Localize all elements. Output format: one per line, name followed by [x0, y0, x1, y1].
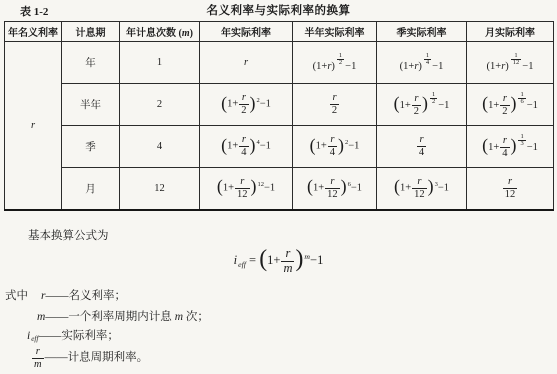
- cell-times: 12: [120, 168, 200, 210]
- cell-period: 月: [62, 168, 120, 210]
- table-row-year: r 年 1 r (1+r)12−1 (1+r)14−1 (1+r)112−1: [5, 42, 554, 84]
- col-header-semiannual-effective: 半年实际利率: [293, 22, 377, 42]
- cell-annual-formula: (1+r2)2−1: [200, 84, 293, 126]
- cell-quarterly-formula: r4: [377, 126, 467, 168]
- cell-monthly-formula: (1+r)112−1: [467, 42, 554, 84]
- cell-nominal-rate: r: [5, 42, 62, 210]
- cell-semiannual-formula: (1+r4)2−1: [293, 126, 377, 168]
- cell-annual-formula: (1+r12)12−1: [200, 168, 293, 210]
- table-row-halfyear: 半年 2 (1+r2)2−1 r2 (1+r2)12−1 (1+r2)16−1: [5, 84, 554, 126]
- cell-times: 4: [120, 126, 200, 168]
- cell-period: 季: [62, 126, 120, 168]
- cell-quarterly-formula: (1+r12)3−1: [377, 168, 467, 210]
- col-header-period: 计息期: [62, 22, 120, 42]
- table-row-month: 月 12 (1+r12)12−1 (1+r12)6−1 (1+r12)3−1 r…: [5, 168, 554, 210]
- cell-monthly-formula: (1+r2)16−1: [467, 84, 554, 126]
- col-header-monthly-effective: 月实际利率: [467, 22, 554, 42]
- cell-semiannual-formula: (1+r12)6−1: [293, 168, 377, 210]
- legend-line-compounding-times: m——一个利率周期内计息 m 次；: [37, 308, 209, 324]
- legend-line-nominal-rate: 式中r——名义利率；: [5, 287, 126, 303]
- cell-semiannual-formula: (1+r)12−1: [293, 42, 377, 84]
- legend-prefix: 式中: [5, 290, 28, 302]
- col-header-quarterly-effective: 季实际利率: [377, 22, 467, 42]
- cell-monthly-formula: (1+r4)13−1: [467, 126, 554, 168]
- cell-monthly-formula: r12: [467, 168, 554, 210]
- main-formula: ieff = (1+rm)m−1: [0, 247, 557, 276]
- col-header-times-per-year: 年计息次数 (m): [120, 22, 200, 42]
- formula-intro: 基本换算公式为: [28, 227, 109, 243]
- cell-annual-formula: r: [200, 42, 293, 84]
- table-header-row: 年名义利率 计息期 年计息次数 (m) 年实际利率 半年实际利率 季实际利率 月…: [5, 22, 554, 42]
- legend-text: r——名义利率；: [41, 290, 126, 302]
- legend-line-period-rate: rm——计息周期利率。: [31, 346, 148, 370]
- col-header-annual-effective: 年实际利率: [200, 22, 293, 42]
- cell-period: 半年: [62, 84, 120, 126]
- cell-quarterly-formula: (1+r)14−1: [377, 42, 467, 84]
- cell-annual-formula: (1+r4)4−1: [200, 126, 293, 168]
- cell-semiannual-formula: r2: [293, 84, 377, 126]
- cell-times: 2: [120, 84, 200, 126]
- table-title: 名义利率与实际利率的换算: [0, 2, 557, 18]
- cell-quarterly-formula: (1+r2)12−1: [377, 84, 467, 126]
- legend-line-effective-rate: ieff——实际利率；: [27, 327, 119, 343]
- conversion-table: 年名义利率 计息期 年计息次数 (m) 年实际利率 半年实际利率 季实际利率 月…: [4, 21, 554, 211]
- cell-period: 年: [62, 42, 120, 84]
- col-header-nominal-rate: 年名义利率: [5, 22, 62, 42]
- cell-times: 1: [120, 42, 200, 84]
- table-row-quarter: 季 4 (1+r4)4−1 (1+r4)2−1 r4 (1+r4)13−1: [5, 126, 554, 168]
- page-root: 表 1-2 名义利率与实际利率的换算 年名义利率 计息期 年计息次数 (m) 年…: [0, 0, 557, 374]
